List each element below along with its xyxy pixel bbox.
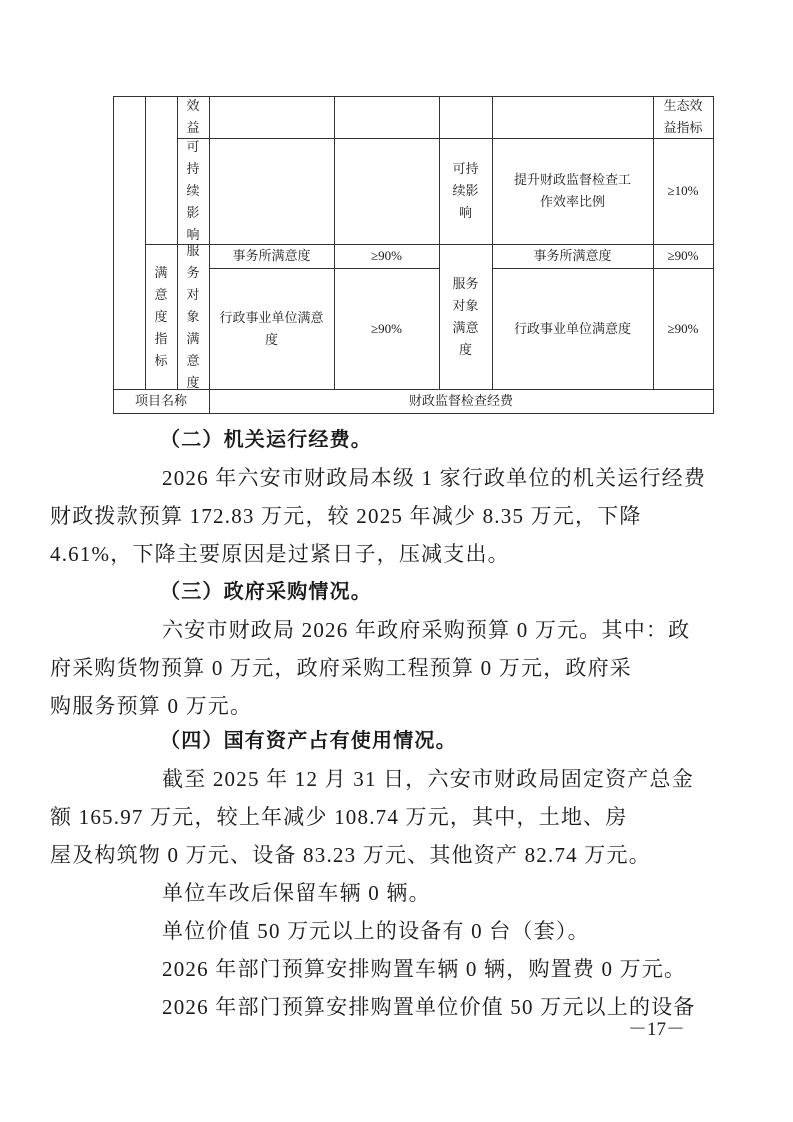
cell-project-label: 项目名称 — [113, 389, 209, 413]
cell-left-value-0: ≥90% — [334, 244, 439, 268]
left-value: ≥90% — [371, 245, 402, 267]
satisfaction-midlabel: 服务对象满意度 — [450, 273, 481, 361]
cell-sustain-indicator: 提升财政监督检查工作效率比例 — [492, 138, 653, 244]
cell-satisfaction-midlabel: 服务对象满意度 — [439, 244, 492, 389]
cell-right-indicator-1: 行政事业单位满意度 — [492, 268, 653, 389]
section-3-paragraph: 六安市财政局 2026 年政府采购预算 0 万元。其中：政 府采购货物预算 0 … — [50, 611, 714, 725]
cell-left-value-1: ≥90% — [334, 268, 439, 389]
table-border-left — [113, 96, 114, 413]
text-line: 2026 年部门预算安排购置单位价值 50 万元以上的设备 — [50, 988, 714, 1026]
text-line: 屋及构筑物 0 万元、设备 83.23 万元、其他资产 82.74 万元。 — [50, 836, 714, 874]
right-indicator: 事务所满意度 — [533, 245, 611, 267]
sustain-indicator: 提升财政监督检查工作效率比例 — [514, 169, 631, 213]
performance-indicator-table: 效益 生态效益指标 可持续影响 可持续影响 提升财政监督检查工作效率比例 ≥10… — [113, 96, 714, 413]
effect-sublabel: 效益 — [186, 95, 200, 139]
cell-right-value-0: ≥90% — [653, 244, 713, 268]
cell-left-indicator-1: 行政事业单位满意度 — [209, 268, 334, 389]
project-name-label: 项目名称 — [135, 390, 187, 412]
section-2-paragraph: 2026 年六安市财政局本级 1 家行政单位的机关运行经费 财政拨款预算 172… — [50, 459, 714, 573]
section-4-paragraph: 截至 2025 年 12 月 31 日，六安市财政局固定资产总金 额 165.9… — [50, 760, 714, 1026]
text-line: 六安市财政局 2026 年政府采购预算 0 万元。其中：政 — [50, 611, 714, 649]
cell-project-value: 财政监督检查经费 — [209, 389, 713, 413]
project-name-value: 财政监督检查经费 — [409, 390, 513, 412]
text-line: 财政拨款预算 172.83 万元，较 2025 年减少 8.35 万元，下降 — [50, 497, 714, 535]
cell-sustain-midlabel: 可持续影响 — [439, 138, 492, 244]
text-line: 单位价值 50 万元以上的设备有 0 台（套）。 — [50, 912, 714, 950]
sustain-sublabel: 可持续影响 — [186, 136, 200, 246]
cell-satisfaction-sublabel: 服务对象满意度 — [177, 244, 209, 389]
left-value: ≥90% — [371, 318, 402, 340]
cell-sustain-sublabel: 可持续影响 — [177, 138, 209, 244]
table-border-right — [713, 96, 714, 413]
cell-eco-indicator: 生态效益指标 — [653, 96, 713, 138]
section-heading-3: （三）政府采购情况。 — [160, 572, 720, 610]
right-value: ≥90% — [668, 245, 699, 267]
satisfaction-sublabel: 服务对象满意度 — [186, 240, 200, 394]
cell-right-value-1: ≥90% — [653, 268, 713, 389]
text-line: 单位车改后保留车辆 0 辆。 — [50, 874, 714, 912]
cell-right-indicator-0: 事务所满意度 — [492, 244, 653, 268]
eco-indicator-label: 生态效益指标 — [661, 95, 705, 139]
text-line: 2026 年部门预算安排购置车辆 0 辆，购置费 0 万元。 — [50, 950, 714, 988]
section-heading-2: （二）机关运行经费。 — [160, 420, 720, 458]
text-line: 2026 年六安市财政局本级 1 家行政单位的机关运行经费 — [50, 459, 714, 497]
satisfaction-group-label: 满意度指标 — [154, 262, 168, 372]
section-heading-4: （四）国有资产占有使用情况。 — [160, 721, 720, 759]
table-border-bottom — [113, 413, 714, 414]
cell-sustain-value: ≥10% — [653, 138, 713, 244]
page-number: －17－ — [628, 1014, 685, 1041]
text-line: 购服务预算 0 万元。 — [50, 687, 714, 725]
cell-left-indicator-0: 事务所满意度 — [209, 244, 334, 268]
left-indicator: 行政事业单位满意度 — [219, 307, 324, 351]
right-indicator: 行政事业单位满意度 — [514, 318, 631, 340]
sustain-value: ≥10% — [668, 180, 699, 202]
sustain-midlabel: 可持续影响 — [450, 158, 481, 224]
cell-satisfaction-group: 满意度指标 — [145, 244, 177, 389]
text-line: 截至 2025 年 12 月 31 日，六安市财政局固定资产总金 — [50, 760, 714, 798]
text-line: 4.61%，下降主要原因是过紧日子，压减支出。 — [50, 535, 714, 573]
left-indicator: 事务所满意度 — [232, 245, 310, 267]
text-line: 府采购货物预算 0 万元，政府采购工程预算 0 万元，政府采 — [50, 649, 714, 687]
cell-effect-sublabel: 效益 — [177, 96, 209, 138]
text-line: 额 165.97 万元，较上年减少 108.74 万元，其中，土地、房 — [50, 798, 714, 836]
right-value: ≥90% — [668, 318, 699, 340]
